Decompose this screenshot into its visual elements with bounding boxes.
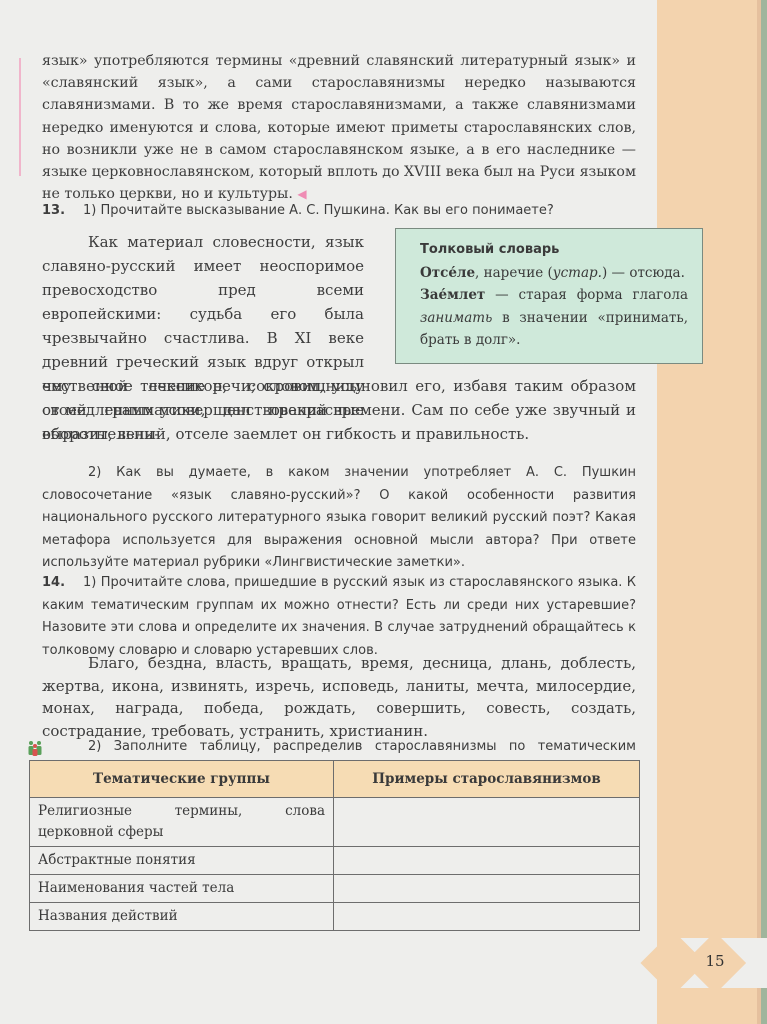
page-side-strip bbox=[657, 0, 767, 1024]
dictionary-note: устар. bbox=[553, 265, 602, 281]
dictionary-def: , наречие ( bbox=[475, 265, 553, 281]
dictionary-term: Отсе́ле bbox=[420, 265, 475, 281]
dictionary-entry: Отсе́ле, наречие (устар.) — отсюда. bbox=[420, 262, 688, 285]
examples-cell[interactable] bbox=[334, 847, 640, 875]
examples-cell[interactable] bbox=[334, 798, 640, 847]
page-number: 15 bbox=[693, 952, 737, 970]
task-text: 1) Прочитайте высказывание А. С. Пушкина… bbox=[83, 203, 554, 218]
exercise-13-task-2: 2) Как вы думаете, в каком значении упот… bbox=[42, 462, 636, 575]
examples-cell[interactable] bbox=[334, 875, 640, 903]
exercise-13-task-1: 13.1) Прочитайте высказывание А. С. Пушк… bbox=[42, 200, 636, 223]
pushkin-quote-part-2: чественное течение речи; словом, усынови… bbox=[42, 374, 636, 446]
task-text: 2) Как вы думаете, в каком значении упот… bbox=[42, 462, 636, 575]
exercise-number: 13. bbox=[42, 203, 65, 218]
exercise-14-task-1: 14.1) Прочитайте слова, пришедшие в русс… bbox=[42, 572, 636, 662]
exercise-number: 14. bbox=[42, 575, 65, 590]
dictionary-box: Толковый словарь Отсе́ле, наречие (устар… bbox=[395, 228, 703, 364]
dictionary-title: Толковый словарь bbox=[420, 239, 688, 262]
task-text: 1) Прочитайте слова, пришедшие в русский… bbox=[42, 575, 636, 658]
table-row: Названия действий bbox=[30, 903, 640, 931]
examples-cell[interactable] bbox=[334, 903, 640, 931]
table-row: Наименования частей тела bbox=[30, 875, 640, 903]
dictionary-entry: Зае́млет — старая форма глагола занимать… bbox=[420, 284, 688, 352]
dictionary-def: — старая форма глагола bbox=[485, 287, 688, 303]
group-cell: Религиозные термины, слова церковной сфе… bbox=[30, 798, 334, 847]
table-header-cell: Примеры старославянизмов bbox=[334, 761, 640, 798]
page-edge-green bbox=[761, 0, 767, 1024]
table-header-row: Тематические группы Примеры старославяни… bbox=[30, 761, 640, 798]
dictionary-def: ) — отсюда. bbox=[602, 265, 685, 281]
word-list-text: Благо, бездна, власть, вращать, время, д… bbox=[42, 652, 636, 742]
group-cell: Абстрактные понятия bbox=[30, 847, 334, 875]
thematic-groups-table: Тематические группы Примеры старославяни… bbox=[29, 760, 640, 931]
intro-text: язык» употребляются термины «древний сла… bbox=[42, 53, 636, 202]
group-cell: Названия действий bbox=[30, 903, 334, 931]
dictionary-term: Зае́млет bbox=[420, 287, 485, 303]
table-row: Абстрактные понятия bbox=[30, 847, 640, 875]
table-header-cell: Тематические группы bbox=[30, 761, 334, 798]
table-row: Религиозные термины, слова церковной сфе… bbox=[30, 798, 640, 847]
dictionary-word: занимать bbox=[420, 310, 492, 326]
margin-rule bbox=[19, 58, 21, 176]
word-list: Благо, бездна, власть, вращать, время, д… bbox=[42, 652, 636, 742]
group-work-icon bbox=[27, 740, 43, 756]
intro-paragraph: язык» употребляются термины «древний сла… bbox=[42, 50, 636, 205]
group-cell: Наименования частей тела bbox=[30, 875, 334, 903]
